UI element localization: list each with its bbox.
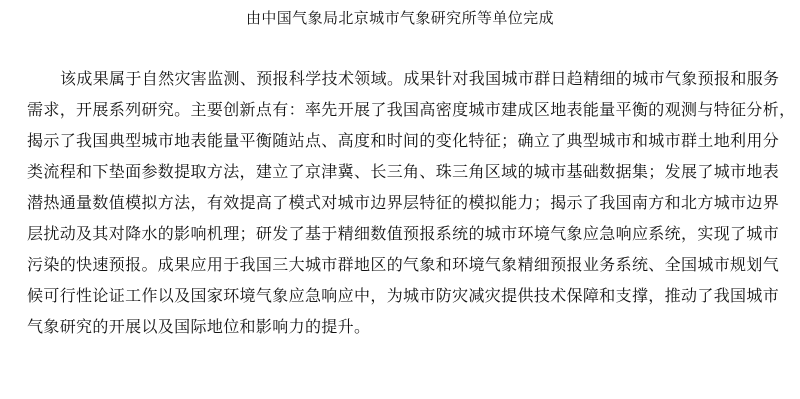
paragraph-line: 污染的快速预报。成果应用于我国三大城市群地区的气象和环境气象精细预报业务系统、全… (27, 252, 787, 283)
paragraph-line: 类流程和下垫面参数提取方法，建立了京津冀、长三角、珠三角区域的城市基础数据集；发… (27, 159, 787, 190)
document-title: 由中国气象局北京城市气象研究所等单位完成 (0, 7, 800, 29)
body-paragraph: 该成果属于自然灾害监测、预报科学技术领域。成果针对我国城市群日趋精细的城市气象预… (27, 66, 787, 345)
paragraph-line: 气象研究的开展以及国际地位和影响力的提升。 (27, 314, 787, 345)
paragraph-line: 候可行性论证工作以及国家环境气象应急响应中，为城市防灾减灾提供技术保障和支撑，推… (27, 283, 787, 314)
paragraph-line: 潜热通量数值模拟方法，有效提高了模式对城市边界层特征的模拟能力；揭示了我国南方和… (27, 190, 787, 221)
paragraph-line: 层扰动及其对降水的影响机理；研发了基于精细数值预报系统的城市环境气象应急响应系统… (27, 221, 787, 252)
paragraph-line: 该成果属于自然灾害监测、预报科学技术领域。成果针对我国城市群日趋精细的城市气象预… (27, 66, 787, 97)
paragraph-line: 揭示了我国典型城市地表能量平衡随站点、高度和时间的变化特征；确立了典型城市和城市… (27, 128, 787, 159)
paragraph-line: 需求，开展系列研究。主要创新点有：率先开展了我国高密度城市建成区地表能量平衡的观… (27, 97, 787, 128)
